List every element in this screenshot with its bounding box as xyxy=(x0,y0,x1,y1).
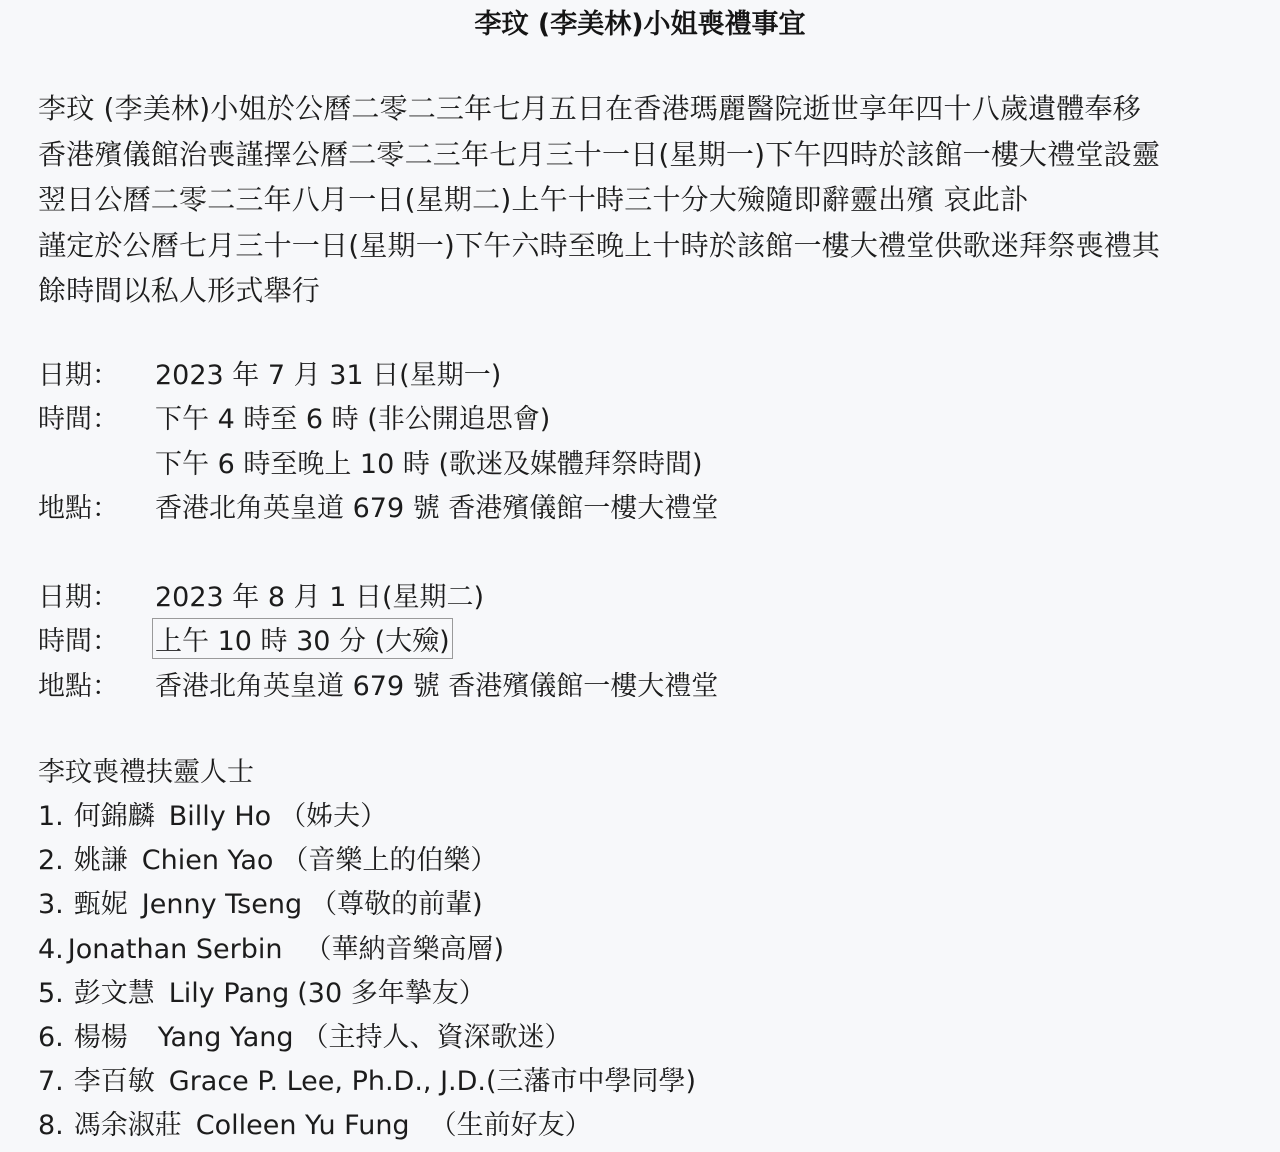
date-label: 日期： xyxy=(38,575,155,614)
announcement-line: 餘時間以私人形式舉行 xyxy=(38,268,1238,314)
announcement-line: 香港殯儀館治喪謹擇公曆二零二三年七月三十一日(星期一)下午四時於該館一樓大禮堂設… xyxy=(38,132,1238,178)
venue-value: 香港北角英皇道 679 號 香港殯儀館一樓大禮堂 xyxy=(155,486,718,525)
date-value: 2023 年 8 月 1 日(星期二) xyxy=(155,575,484,614)
item-number: 5. xyxy=(38,978,64,1009)
item-number: 6. xyxy=(38,1022,64,1053)
time-label: 時間： xyxy=(38,397,155,436)
relationship-note: （生前好友） xyxy=(430,1110,592,1141)
time-value: 上午 10 時 30 分 (大殮) xyxy=(152,618,453,659)
announcement-paragraph: 李玟 (李美林)小姐於公曆二零二三年七月五日在香港瑪麗醫院逝世享年四十八歲遺體奉… xyxy=(38,86,1238,314)
item-number: 8. xyxy=(38,1110,64,1141)
venue-label: 地點： xyxy=(38,664,155,703)
chinese-name: 彭文慧 xyxy=(74,978,155,1009)
announcement-line: 李玟 (李美林)小姐於公曆二零二三年七月五日在香港瑪麗醫院逝世享年四十八歲遺體奉… xyxy=(38,86,1238,132)
chinese-name: 何錦麟 xyxy=(74,801,155,832)
item-number: 1. xyxy=(38,801,64,832)
item-number: 2. xyxy=(38,845,64,876)
relationship-note: （尊敬的前輩) xyxy=(310,889,483,920)
time-row-continued: 下午 6 時至晚上 10 時 (歌迷及媒體拜祭時間) xyxy=(38,439,718,484)
chinese-name: 李百敏 xyxy=(74,1066,155,1097)
pallbearer-item: 3.甄妮Jenny Tseng（尊敬的前輩) xyxy=(38,883,696,927)
english-name: Yang Yang xyxy=(158,1022,294,1053)
announcement-line: 翌日公曆二零二三年八月一日(星期二)上午十時三十分大殮隨即辭靈出殯 哀此訃 xyxy=(38,177,1238,223)
relationship-note: （主持人、資深歌迷） xyxy=(302,1022,572,1053)
schedule-day-2: 日期： 2023 年 8 月 1 日(星期二) 時間： 上午 10 時 30 分… xyxy=(38,572,718,706)
time-row: 時間： 下午 4 時至 6 時 (非公開追思會) xyxy=(38,395,718,440)
time-label: 時間： xyxy=(38,619,155,658)
english-name: Jonathan Serbin xyxy=(68,934,283,965)
pallbearer-item: 1.何錦麟Billy Ho（姊夫） xyxy=(38,795,696,839)
item-number: 7. xyxy=(38,1066,64,1097)
announcement-line: 謹定於公曆七月三十一日(星期一)下午六時至晚上十時於該館一樓大禮堂供歌迷拜祭喪禮… xyxy=(38,223,1238,269)
date-row: 日期： 2023 年 7 月 31 日(星期一) xyxy=(38,350,718,395)
time-row: 時間： 上午 10 時 30 分 (大殮) xyxy=(38,617,718,662)
english-name: Billy Ho xyxy=(169,801,271,832)
time-value: 下午 6 時至晚上 10 時 (歌迷及媒體拜祭時間) xyxy=(155,442,703,481)
pallbearer-item: 8.馮余淑莊Colleen Yu Fung（生前好友） xyxy=(38,1104,696,1148)
relationship-note: （姊夫） xyxy=(279,801,387,832)
chinese-name: 楊楊 xyxy=(74,1022,128,1053)
time-value: 下午 4 時至 6 時 (非公開追思會) xyxy=(155,397,550,436)
chinese-name: 姚謙 xyxy=(74,845,128,876)
english-name: Jenny Tseng xyxy=(142,889,302,920)
date-row: 日期： 2023 年 8 月 1 日(星期二) xyxy=(38,572,718,617)
pallbearer-item: 4.Jonathan Serbin（華納音樂高層) xyxy=(38,928,696,972)
schedule-day-1: 日期： 2023 年 7 月 31 日(星期一) 時間： 下午 4 時至 6 時… xyxy=(38,350,718,528)
relationship-note: (三藩市中學同學) xyxy=(486,1066,696,1097)
chinese-name: 馮余淑莊 xyxy=(74,1110,182,1141)
pallbearer-item: 7.李百敏Grace P. Lee, Ph.D., J.D.(三藩市中學同學) xyxy=(38,1060,696,1104)
relationship-note: (30 多年摯友） xyxy=(297,978,485,1009)
pallbearer-item: 5.彭文慧Lily Pang(30 多年摯友） xyxy=(38,972,696,1016)
date-label: 日期： xyxy=(38,353,155,392)
english-name: Colleen Yu Fung xyxy=(196,1110,410,1141)
date-value: 2023 年 7 月 31 日(星期一) xyxy=(155,353,501,392)
pallbearers-section: 李玟喪禮扶靈人士 1.何錦麟Billy Ho（姊夫） 2.姚謙Chien Yao… xyxy=(38,750,696,1149)
pallbearer-item: 6.楊楊Yang Yang（主持人、資深歌迷） xyxy=(38,1016,696,1060)
document-title: 李玟 (李美林)小姐喪禮事宜 xyxy=(0,2,1280,41)
pallbearers-heading: 李玟喪禮扶靈人士 xyxy=(38,750,696,795)
venue-row: 地點： 香港北角英皇道 679 號 香港殯儀館一樓大禮堂 xyxy=(38,661,718,706)
chinese-name: 甄妮 xyxy=(74,889,128,920)
english-name: Chien Yao xyxy=(142,845,274,876)
item-number: 4. xyxy=(38,934,64,965)
venue-row: 地點： 香港北角英皇道 679 號 香港殯儀館一樓大禮堂 xyxy=(38,484,718,529)
relationship-note: （音樂上的伯樂） xyxy=(281,845,497,876)
item-number: 3. xyxy=(38,889,64,920)
relationship-note: （華納音樂高層) xyxy=(304,934,504,965)
venue-label: 地點： xyxy=(38,486,155,525)
english-name: Grace P. Lee, Ph.D., J.D. xyxy=(169,1066,486,1097)
english-name: Lily Pang xyxy=(169,978,289,1009)
venue-value: 香港北角英皇道 679 號 香港殯儀館一樓大禮堂 xyxy=(155,664,718,703)
pallbearer-item: 2.姚謙Chien Yao（音樂上的伯樂） xyxy=(38,839,696,883)
